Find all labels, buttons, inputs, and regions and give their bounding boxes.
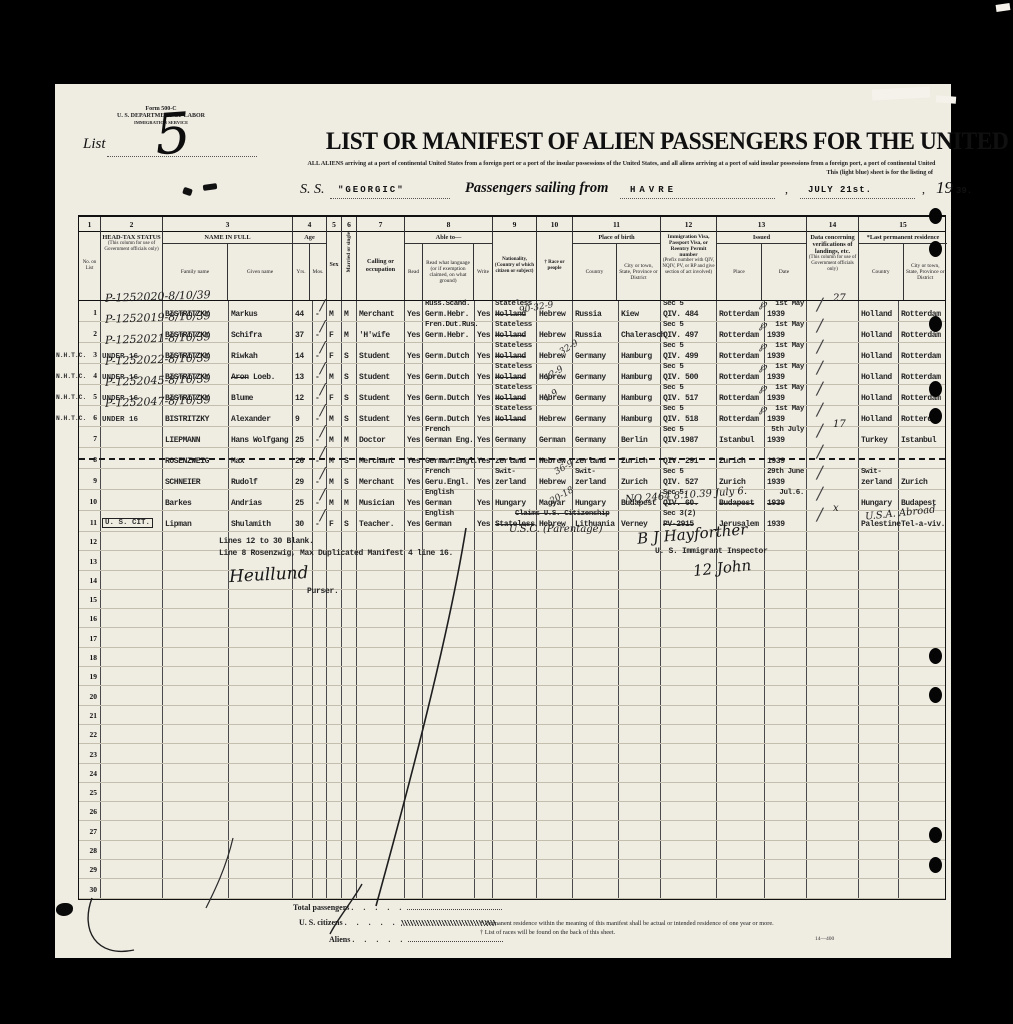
ink-scribble (182, 187, 193, 196)
age-years: 37 (295, 331, 304, 340)
birth-city: Zurich (621, 478, 647, 487)
handwritten-loop: ℘ (759, 339, 767, 352)
sex: M (329, 478, 333, 487)
language-line2: Germ.Dutch (425, 373, 469, 382)
issued-place: Budapest (719, 499, 754, 508)
column-number: 4 (293, 217, 327, 232)
issued-place: Zurich (719, 457, 745, 466)
purser-label: Purser. (307, 587, 339, 596)
handwritten-tick: ∕ (320, 359, 325, 377)
age-months: - (315, 310, 319, 319)
blank-row: 27 (79, 821, 945, 840)
birth-city: Kiew (621, 310, 639, 319)
list-label: List (83, 136, 106, 153)
row-number: 25 (90, 788, 98, 797)
nationality-line1: Stateless (495, 384, 532, 392)
birth-country: zerland (575, 478, 606, 487)
marital-status: S (344, 352, 348, 361)
visa-section: Sec 5 (663, 426, 684, 434)
header-mos: Mos. (310, 244, 326, 300)
residence-country: zerland (861, 478, 892, 487)
issued-date-year: 1939 (767, 373, 785, 382)
torn-paper (936, 95, 956, 103)
issued-place: Rotterdam (719, 415, 759, 424)
family-name: Barkes (165, 499, 191, 508)
handwritten-tick: ∕ (320, 485, 325, 503)
column-number: 1 (79, 217, 101, 232)
header-read-language: Read what language (or if exemption clai… (423, 244, 474, 300)
blank-row: 18 (79, 648, 945, 667)
header-issued-place: Place (717, 244, 762, 300)
list-number-handwritten: 5 (153, 101, 193, 168)
column-number: 12 (661, 217, 717, 232)
blank-row: 28 (79, 841, 945, 860)
verification-slash: ∕ (817, 358, 823, 378)
margin-stamp: N.H.T.C. (56, 394, 86, 401)
issued-place: Rotterdam (719, 352, 759, 361)
birth-country: Hungary (575, 499, 606, 508)
header-given-name: Given name (228, 244, 292, 300)
sex: F (329, 331, 333, 340)
language-line1: English (425, 489, 454, 497)
footnote-residence: * Permanent residence within the meaning… (480, 919, 774, 928)
occupation: Merchant (359, 310, 394, 319)
language-line2: Germ.Dutch (425, 415, 469, 424)
occupation: Student (359, 352, 390, 361)
column-number: 6 (342, 217, 357, 232)
nationality: Holland (495, 394, 526, 403)
verification-slash: ∕ (817, 379, 823, 399)
blank-row: 25 (79, 783, 945, 802)
table-row: 9SCHNEIERRudolf29-∕MSMerchantYesFrenchGe… (79, 469, 945, 490)
headtax-stamp: UNDER 16 (102, 416, 138, 424)
blank-row: 29 (79, 860, 945, 879)
nationality-line1: Stateless (495, 363, 532, 371)
able-write: Yes (477, 478, 490, 487)
given-name-struck: Aron (231, 373, 249, 382)
residence-country: Holland (861, 394, 892, 403)
header-sex: Sex (327, 232, 341, 300)
birth-country: Russia (575, 331, 601, 340)
column-number-band: 123456789101112131415 (79, 217, 945, 232)
table-body: 1P-1252020-8/10/39BISTRITZKYMarkus44-∕MM… (79, 301, 945, 899)
dot-leader: . . . . . (352, 935, 406, 944)
able-write: Yes (477, 394, 490, 403)
table-row: 6N.H.T.C.P-1252047-8/10/39UNDER 16BISTRI… (79, 406, 945, 427)
header-issued-date: Date (762, 244, 806, 300)
sex: M (329, 457, 333, 466)
sex: F (329, 394, 333, 403)
header-visa-sub: (Prefix number with QIV, NQIV, PV, or RP… (661, 258, 716, 275)
age-years: 9 (295, 415, 299, 424)
row-number: 13 (90, 557, 98, 566)
language-line1: Fren.Dut.Rus. (425, 321, 478, 329)
blank-row: 21 (79, 706, 945, 725)
age-years: 14 (295, 352, 304, 361)
occupation: Student (359, 415, 390, 424)
language-line2: Germ.Dutch (425, 352, 469, 361)
column-number: 5 (327, 217, 342, 232)
language-line2: Geru.Engl. (425, 478, 469, 487)
header-race: † Race or people (537, 232, 572, 300)
able-write: Yes (477, 457, 490, 466)
note-duplicate: Line 8 Rosenzwig, Max Duplicated Manifes… (219, 549, 453, 558)
residence-country: Turkey (861, 436, 887, 445)
column-number: 7 (357, 217, 405, 232)
able-read: Yes (407, 373, 420, 382)
visa-section: Sec 5 (663, 405, 684, 413)
header-write: Write (474, 244, 492, 300)
year-typed: 39. (956, 186, 972, 196)
issued-date-year: 1939 (767, 436, 785, 445)
punch-hole (929, 316, 942, 332)
punch-hole (929, 241, 942, 257)
age-months: - (315, 499, 319, 508)
row-number: 26 (90, 807, 98, 816)
verification-slash: ∕ (817, 463, 823, 483)
visa-section: Sec 5 (663, 300, 684, 308)
residence-country-line1: Swit- (861, 468, 882, 476)
given-name: Blume (231, 394, 253, 403)
header-birth-city: City or town, State, Province or Distric… (617, 244, 660, 300)
header-residence-country: Country (859, 244, 904, 300)
given-name: Rudolf (231, 478, 257, 487)
blank-row: 26 (79, 802, 945, 821)
issued-date-line1: 5th July (771, 426, 804, 434)
language-line2: Germ.Dutch (425, 394, 469, 403)
date-underline (800, 198, 915, 199)
row-number: 12 (90, 537, 98, 546)
age-years: 26 (295, 457, 304, 466)
issued-date-year: 1939 (767, 520, 785, 529)
ship-name: "GEORGIC" (338, 185, 405, 195)
torn-paper (996, 3, 1011, 12)
manifest-sheet: Form 500-C U. S. DEPARTMENT OF LABOR IMM… (55, 84, 951, 958)
margin-stamp: N.H.T.C. (56, 373, 86, 380)
marital-status: M (344, 331, 348, 340)
verification-handwritten: 17 (833, 419, 846, 430)
blank-row: 22 (79, 725, 945, 744)
occupation: Doctor (359, 436, 385, 445)
blank-row: 15 (79, 590, 945, 609)
row-number: 29 (90, 865, 98, 874)
header-birth: Place of birth (573, 232, 660, 244)
blank-row: 30 (79, 879, 945, 898)
header-headtax: HEAD-TAX STATUS (101, 232, 162, 241)
given-name: Max (231, 457, 244, 466)
issued-date-year: 1939 (767, 457, 785, 466)
punch-hole (929, 208, 942, 224)
visa-section: Sec 5 (663, 321, 684, 329)
issued-date-year: 1939 (767, 352, 785, 361)
issued-date-line1: 1st May (775, 300, 804, 308)
citizenship-claim-struck: Claims U.S. Citizenship (515, 510, 609, 518)
punch-hole (929, 827, 942, 843)
headtax-stamp-boxed: U. S. CIT. (102, 518, 153, 528)
row-number: 27 (90, 827, 98, 836)
birth-city: Zurich (621, 457, 647, 466)
visa-section: Sec 5 (663, 384, 684, 392)
residence-city: Rotterdam (901, 352, 941, 361)
column-number: 10 (537, 217, 573, 232)
birth-country-line1: Swit- (575, 468, 596, 476)
handwritten-tick: ∕ (320, 464, 325, 482)
blank-row: 14 (79, 571, 945, 590)
verification-slash: ∕ (817, 442, 823, 462)
header-issued: Issued (717, 232, 806, 244)
column-number: 14 (807, 217, 859, 232)
language-line2: German Eng. (425, 436, 473, 445)
given-name: Aron Loeb. (231, 373, 275, 382)
given-name: Schifra (231, 331, 262, 340)
issued-date-year: 1939 (767, 499, 785, 508)
able-read: Yes (407, 499, 420, 508)
handwritten-tick: ∕ (320, 296, 325, 314)
verification-slash: ∕ (817, 484, 823, 504)
language-line1: French (425, 468, 450, 476)
verification-slash: ∕ (817, 505, 823, 525)
header-married: Married or single (346, 232, 352, 272)
race: Hebrew (539, 415, 565, 424)
age-years: 12 (295, 394, 304, 403)
handwritten-loop: ℘ (759, 318, 767, 331)
row-number: 19 (90, 672, 98, 681)
language-line2: Germ.Hebr. (425, 310, 469, 319)
visa-number: QIV. 527 (663, 478, 698, 487)
issued-date-year: 1939 (767, 394, 785, 403)
residence-country: Hungary (861, 499, 892, 508)
nationality: Holland (495, 331, 526, 340)
comma: , (785, 182, 788, 197)
issued-date-line1: Jul.6. (779, 489, 804, 497)
verification-slash: ∕ (817, 295, 823, 315)
marital-status: M (344, 499, 348, 508)
header-age: Age (293, 232, 326, 244)
handwritten-usc-annotation: U.S.C. (Parentage) (509, 524, 603, 535)
issued-date-year: 1939 (767, 415, 785, 424)
occupation: 'H'wife (359, 331, 390, 340)
margin-stamp: N.H.T.C. (56, 352, 86, 359)
column-number: 8 (405, 217, 493, 232)
language-line2: Germ.Hebr. (425, 331, 469, 340)
age-years: 29 (295, 478, 304, 487)
language-line2: German (425, 520, 451, 529)
able-read: Yes (407, 331, 420, 340)
header-birth-country: Country (573, 244, 617, 300)
able-write: Yes (477, 436, 490, 445)
able-write: Yes (477, 331, 490, 340)
row-number: 11 (90, 518, 97, 527)
totals-block: Total passengers . . . . . U. S. citizen… (293, 902, 503, 950)
port-name: HAVRE (630, 185, 677, 195)
issued-date-line1: 1st May (775, 405, 804, 413)
family-name: ROSENZWEIG (165, 457, 209, 466)
manifest-table: 123456789101112131415 No. on List HEAD-T… (78, 215, 946, 900)
row-number: 2 (93, 329, 97, 338)
row-number: 16 (90, 614, 98, 623)
given-name: Shulamith (231, 520, 271, 529)
language-line1: Russ.Scand. (425, 300, 470, 308)
handwritten-loop: ℘ (759, 360, 767, 373)
residence-country: Holland (861, 352, 892, 361)
visa-number: QIV.1987 (663, 436, 698, 445)
row-number: 8 (93, 455, 97, 464)
visa-number: QIV. 499 (663, 352, 698, 361)
header-yrs: Yrs. (293, 244, 310, 300)
issued-place: Istanbul (719, 436, 754, 445)
residence-city: Tel-a-viv. (901, 520, 945, 529)
header-calling: Calling or occupation (357, 232, 404, 300)
age-months: - (315, 394, 319, 403)
header-verifications-sub: (This column for use of Government offic… (807, 255, 858, 272)
verification-slash: ∕ (817, 337, 823, 357)
row-number: 5 (93, 392, 97, 401)
subtitle-line2: This (light blue) sheet is for the listi… (827, 169, 933, 176)
column-number: 11 (573, 217, 661, 232)
race: Hebrew (539, 478, 565, 487)
able-read: Yes (407, 352, 420, 361)
family-name: BISTRITZKY (165, 415, 209, 424)
given-name: Markus (231, 310, 257, 319)
marital-status: S (344, 457, 348, 466)
sailing-date: JULY 21st. (808, 185, 872, 195)
able-write: Yes (477, 499, 490, 508)
sex: M (329, 415, 333, 424)
us-citizens-label: U. S. citizens (299, 918, 343, 927)
sex: M (329, 499, 333, 508)
age-years: 13 (295, 373, 304, 382)
issued-place: Rotterdam (719, 331, 759, 340)
row-number: 15 (90, 595, 98, 604)
row-number: 18 (90, 653, 98, 662)
visa-number: QIV. 497 (663, 331, 698, 340)
blank-row: 24 (79, 764, 945, 783)
marital-status: S (344, 394, 348, 403)
dot-leader: . . . . . (351, 903, 405, 912)
language-line1: English (425, 510, 454, 518)
occupation: Student (359, 394, 390, 403)
residence-city: Istanbul (901, 436, 936, 445)
age-years: 25 (295, 499, 304, 508)
subtitle-line1: ALL ALIENS arriving at a port of contine… (308, 160, 950, 167)
able-read: Yes (407, 436, 420, 445)
handwritten-tick: ∕ (320, 443, 325, 461)
birth-country: Germany (575, 436, 606, 445)
row-number: 14 (90, 576, 98, 585)
blank-row: 17 (79, 628, 945, 647)
blank-row: 20 (79, 686, 945, 705)
residence-country: Holland (861, 373, 892, 382)
issued-date-line1: 1st May (775, 363, 804, 371)
blank-row: 23 (79, 744, 945, 763)
header-name: NAME IN FULL (163, 232, 292, 244)
occupation: Merchant (359, 457, 394, 466)
page-title: LIST OR MANIFEST OF ALIEN PASSENGERS FOR… (326, 128, 918, 156)
able-read: Yes (407, 520, 420, 529)
inspector-label: U. S. Immigrant Inspector (655, 547, 768, 556)
family-name: SCHNEIER (165, 478, 200, 487)
row-number: 1 (93, 308, 97, 317)
nationality-line1: Stateless (495, 342, 532, 350)
verification-slash: ∕ (817, 316, 823, 336)
row-number: 7 (93, 434, 97, 443)
visa-number: QIV. 500 (663, 373, 698, 382)
comma: , (922, 182, 925, 197)
header-read: Read (405, 244, 423, 300)
nationality: Germany (495, 436, 526, 445)
nationality: Holland (495, 352, 526, 361)
language-line2: German (425, 499, 451, 508)
sex: M (329, 310, 333, 319)
nationality: Holland (495, 415, 526, 424)
age-months: - (315, 352, 319, 361)
handwritten-loop: ℘ (759, 297, 767, 310)
visa-section: Sec 5 (663, 363, 684, 371)
issued-date-year: 1939 (767, 478, 785, 487)
row-number: 24 (90, 769, 98, 778)
birth-country: zerland (575, 457, 606, 466)
footnote-races: † List of races will be found on the bac… (480, 928, 774, 937)
blank-row: 19 (79, 667, 945, 686)
issued-place: Rotterdam (719, 394, 759, 403)
birth-city: Verney (621, 520, 647, 529)
verification-handwritten: x (833, 503, 839, 514)
race: Hebrew (539, 331, 565, 340)
table-row: Claims U.S. CitizenshipU.S.C. (Parentage… (79, 511, 945, 532)
handwritten-tick: ∕ (320, 506, 325, 524)
row-number: 21 (90, 711, 98, 720)
issued-date-line1: 1st May (775, 384, 804, 392)
age-months: - (315, 478, 319, 487)
age-months: - (315, 520, 319, 529)
able-write: Yes (477, 520, 490, 529)
issued-date-year: 1939 (767, 331, 785, 340)
sex: M (329, 373, 333, 382)
row-number: 20 (90, 692, 98, 701)
print-code: 14—400 (815, 936, 834, 942)
verification-slash: ∕ (817, 421, 823, 441)
birth-city: Hamburg (621, 415, 652, 424)
year-printed: 19 (936, 178, 953, 198)
punch-hole (929, 857, 942, 873)
aliens-label: Aliens (329, 935, 350, 944)
column-number: 9 (493, 217, 537, 232)
visa-section: Sec 3(2) (663, 510, 696, 518)
visa-number: QIV. 518 (663, 415, 698, 424)
note-blank-lines: Lines 12 to 30 Blank. (219, 537, 314, 546)
nationality: zerland (495, 478, 526, 487)
issued-place: Rotterdam (719, 373, 759, 382)
ship-line: S. S. "GEORGIC" Passengers sailing from … (300, 180, 940, 202)
age-years: 30 (295, 520, 304, 529)
column-number: 13 (717, 217, 807, 232)
port-underline (620, 198, 775, 199)
residence-city: Rotterdam (901, 331, 941, 340)
able-write: Yes (477, 373, 490, 382)
issued-date-line1: 1st May (775, 321, 804, 329)
ship-underline (330, 198, 450, 199)
birth-country: Germany (575, 352, 606, 361)
given-name: Hans Wolfgang (231, 436, 288, 445)
age-months: - (315, 457, 319, 466)
row-number: 23 (90, 750, 98, 759)
able-write: Yes (477, 415, 490, 424)
sex: M (329, 436, 333, 445)
header-visa: Immigration Visa, Passport Visa, or Reen… (661, 232, 716, 258)
given-name: Riwkah (231, 352, 257, 361)
ink-scribble (203, 183, 218, 191)
issued-date-line1: 29th June (767, 468, 804, 476)
